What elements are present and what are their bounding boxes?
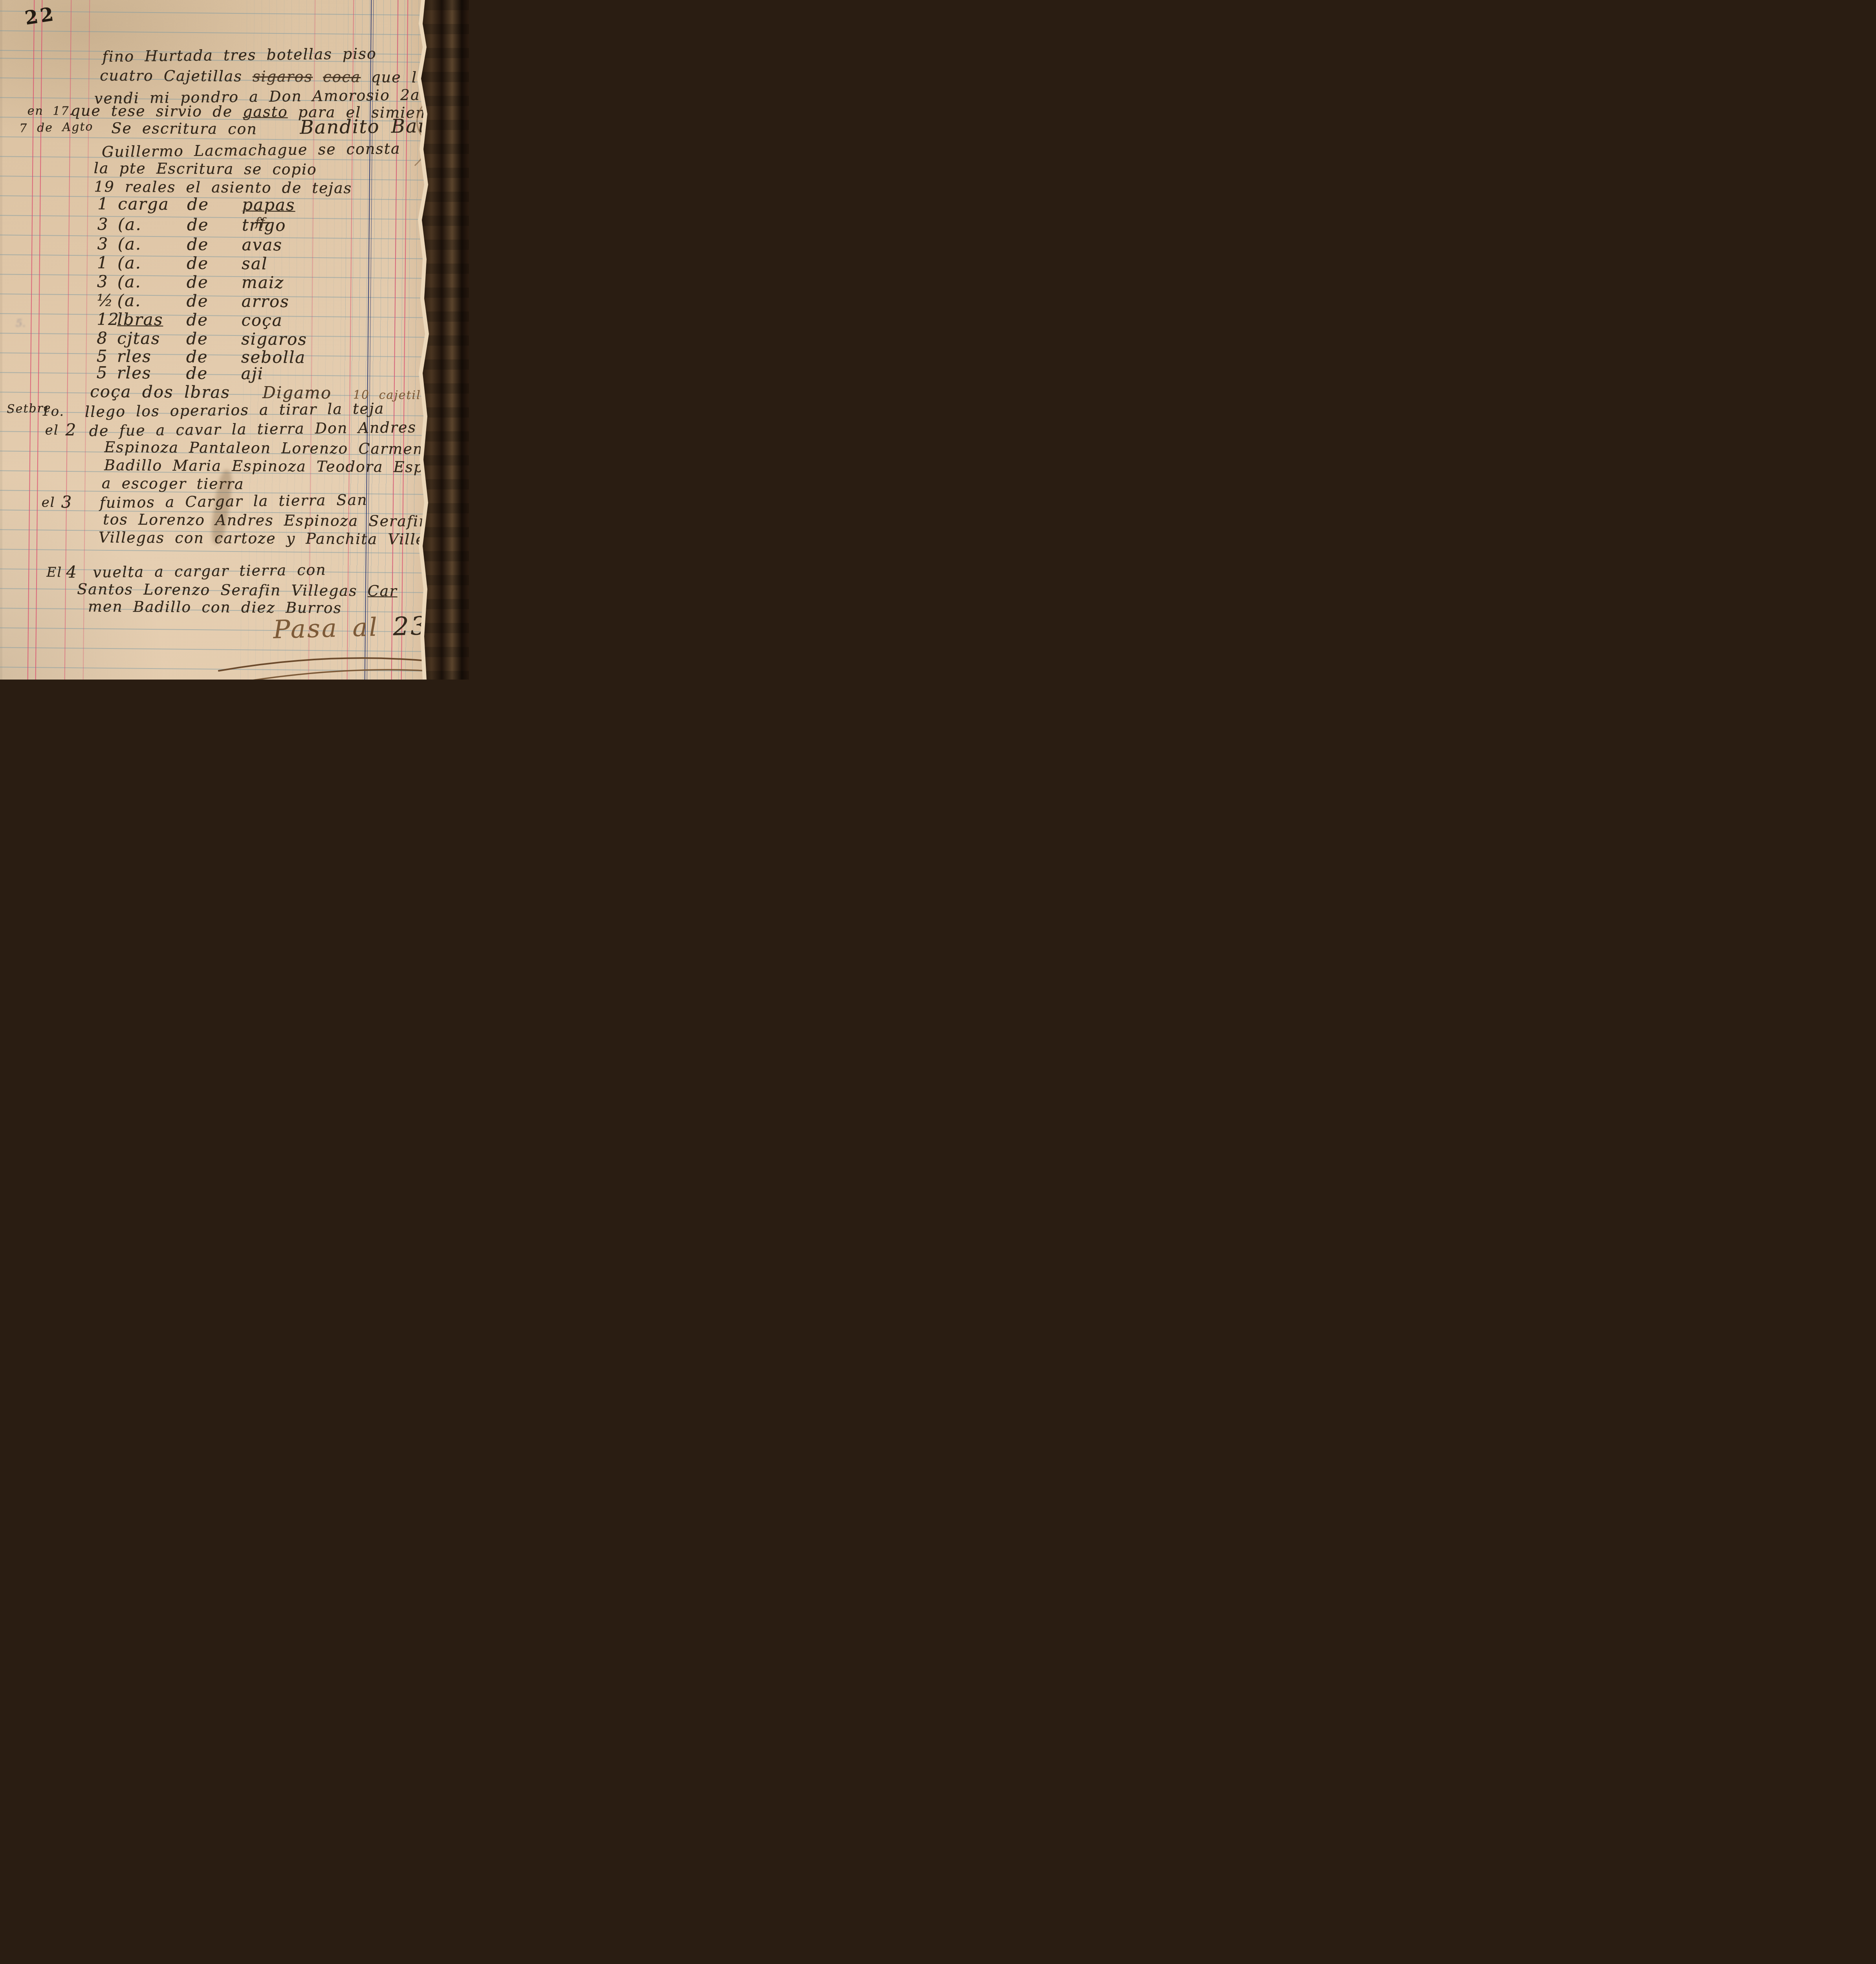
unit: (a. xyxy=(118,214,187,234)
qty: ½ xyxy=(97,291,117,310)
item: trigo xyxy=(242,215,286,235)
list-row: 1cargadepapas xyxy=(97,194,295,214)
list-row: 1(a.desal xyxy=(97,253,267,273)
underlined-word: Car xyxy=(367,582,397,599)
struck-word: sigaros xyxy=(253,68,313,85)
item: sal xyxy=(242,254,267,273)
qty: 3 xyxy=(97,272,117,291)
list-row: 3(a.deavas xyxy=(97,234,282,255)
line-text: Santos Lorenzo Serafin Villegas xyxy=(77,581,357,599)
note-text: coça dos lbras xyxy=(90,382,230,402)
unit: (a. xyxy=(117,234,187,254)
prep: de xyxy=(187,215,242,235)
margin-day: 1o. xyxy=(42,403,65,419)
prep: de xyxy=(186,310,241,330)
item: papas xyxy=(242,195,295,214)
diary-line: Espinoza Pantaleon Lorenzo Carmen xyxy=(104,438,423,458)
margin-day: 4 xyxy=(66,562,77,581)
qty: 1 xyxy=(97,194,118,213)
list-row: ½(a.dearros xyxy=(97,291,289,311)
margin-word: el xyxy=(41,495,55,510)
list-row: 12lbrasdecoça xyxy=(97,310,283,330)
entry-line: la pte Escritura se copio xyxy=(94,159,317,178)
qty: 3 xyxy=(97,214,118,234)
carry-word: Pasa al xyxy=(273,613,379,645)
margin-day: 2 xyxy=(65,420,77,439)
item: aji xyxy=(241,364,264,383)
diary-line: vuelta a cargar tierra con xyxy=(93,561,326,581)
margin-day: 3 xyxy=(61,492,72,511)
item: arros xyxy=(241,291,289,311)
margin-word: El xyxy=(46,564,62,580)
unit: carga xyxy=(118,194,187,214)
qty: 1 xyxy=(97,253,117,272)
item: avas xyxy=(242,235,282,255)
diary-line: tos Lorenzo Andres Espinoza Serafin xyxy=(103,511,429,530)
diary-line: Villegas con cartoze y Panchita Villega xyxy=(99,529,445,548)
prep: de xyxy=(187,272,242,292)
margin-word: el xyxy=(45,422,59,438)
flourish-stroke xyxy=(218,648,438,680)
struck-word: coca xyxy=(323,68,361,86)
list-row: 5rlesdeaji xyxy=(96,363,264,383)
unit: rles xyxy=(117,363,186,383)
diary-line: men Badillo con diez Burros xyxy=(88,598,342,617)
prep: de xyxy=(187,235,242,254)
diary-line: Santos Lorenzo Serafin Villegas Car xyxy=(77,581,398,600)
underlined-word: gasto xyxy=(243,103,288,121)
list-row: 3(a.demaiz xyxy=(97,272,284,292)
carry-over: Pasa al 23 xyxy=(273,612,429,645)
line-text: que tese sirvio de xyxy=(70,102,233,120)
unit: (a. xyxy=(117,272,187,291)
diary-line: llego los operarios a tirar la teja xyxy=(85,400,385,421)
unit: lbras xyxy=(117,310,186,329)
handwriting-layer: 22 fino Hurtada tres botellas piso cuatr… xyxy=(0,0,469,680)
margin-date-note: en 17. xyxy=(27,104,74,118)
coca-note-line: coça dos lbras Digamo 10 cajetillas xyxy=(90,382,440,403)
prep: de xyxy=(186,291,241,311)
list-row: 8cjtasdesigaros xyxy=(97,328,307,349)
prep: de xyxy=(187,194,242,214)
prep: de xyxy=(187,253,242,273)
unit: (a. xyxy=(117,291,186,310)
item: coça xyxy=(241,310,283,330)
qty: 12 xyxy=(97,310,117,329)
qty: 8 xyxy=(97,328,117,348)
unit: (a. xyxy=(117,253,187,273)
qty: 5 xyxy=(96,363,117,382)
item: sigaros xyxy=(241,329,307,349)
entry-line: Se escritura con xyxy=(111,119,257,137)
list-row: 3(a.detrigo xyxy=(97,214,286,235)
stray-mark: 5. xyxy=(16,318,26,330)
note-word: Digamo xyxy=(262,383,332,402)
diary-line: fuimos a Cargar la tierra San xyxy=(99,491,368,511)
qty: 3 xyxy=(97,234,117,253)
diary-line: Badillo Maria Espinoza Teodora Espga xyxy=(104,456,444,476)
prep: de xyxy=(186,329,241,348)
entry-line: Guillermo Lacmachague se consta xyxy=(102,140,401,161)
diary-line: de fue a cavar la tierra Don Andres xyxy=(89,419,416,440)
page-number: 22 xyxy=(23,3,57,29)
unit: cjtas xyxy=(117,328,186,348)
entry-line: fino Hurtada tres botellas piso xyxy=(102,45,377,65)
entry-line: cuatro Cajetillas sigaros coca que le xyxy=(100,67,427,86)
margin-date-note: 7 de Agto xyxy=(19,120,93,136)
prep: de xyxy=(186,363,241,383)
item: maiz xyxy=(242,273,284,292)
ledger-scan-page: 22 fino Hurtada tres botellas piso cuatr… xyxy=(0,0,469,680)
line-text: cuatro Cajetillas xyxy=(100,67,242,85)
